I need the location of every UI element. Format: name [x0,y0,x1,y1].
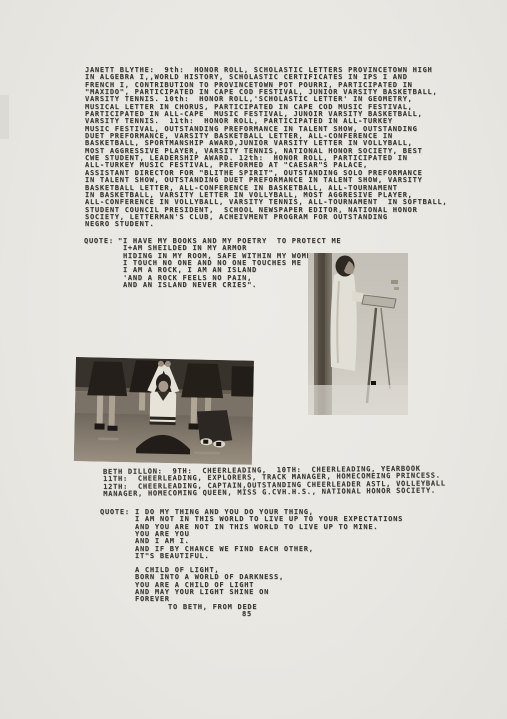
quote-line: IT"S BEAUTIFUL. [135,553,403,560]
podium-photo [308,253,408,415]
bio-line: MANAGER, HOMECOMING QUEEN, MISS G.CVH.H.… [103,487,446,498]
page-number: 85 [242,611,252,618]
beth-poem: A CHILD OF LIGHT, BORN INTO A WORLD OF D… [135,567,284,604]
quote-label: QUOTE: [100,509,130,516]
scan-smudge [0,95,9,139]
cheerleaders-photo-image [74,357,254,465]
janett-blythe-bio: JANETT BLYTHE: 9th: HONOR ROLL, SCHOLAST… [85,67,447,229]
beth-dillon-bio: BETH DILLON: 9TH: CHEERLEADING, 10TH: CH… [103,465,446,498]
podium-photo-image [308,253,408,415]
bio-line: NEGRO STUDENT. [85,221,447,228]
quote-label: QUOTE: [84,238,114,245]
cheerleaders-photo [74,357,254,465]
yearbook-page: JANETT BLYTHE: 9th: HONOR ROLL, SCHOLAST… [0,0,507,719]
beth-quote: I DO MY THING AND YOU DO YOUR THING, I A… [135,509,403,560]
